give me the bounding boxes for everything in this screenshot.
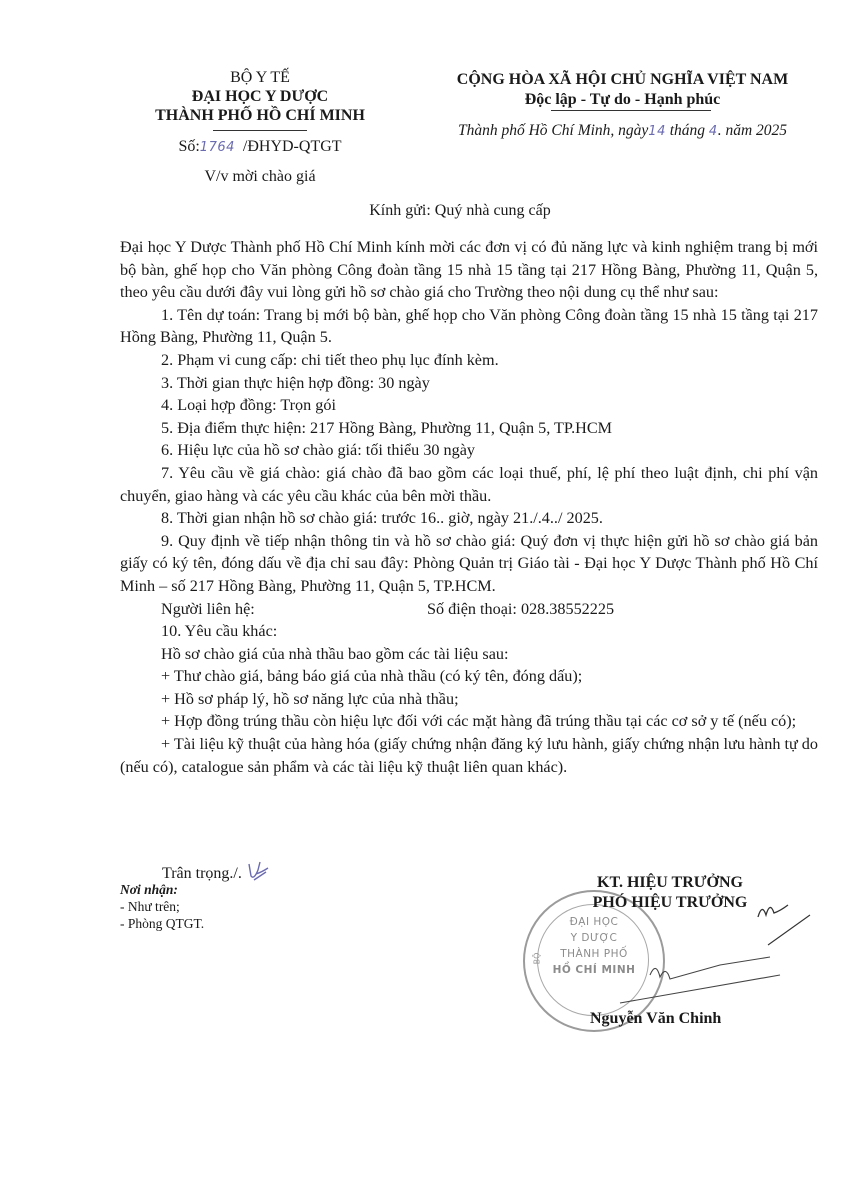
required-doc: + Thư chào giá, bảng báo giá của nhà thầ… [120,665,818,688]
item-1: 1. Tên dự toán: Trang bị mới bộ bàn, ghế… [120,304,818,349]
required-doc: + Tài liệu kỹ thuật của hàng hóa (giấy c… [120,733,818,778]
item-2: 2. Phạm vi cung cấp: chi tiết theo phụ l… [120,349,818,372]
university-name-line1: ĐẠI HỌC Y DƯỢC [100,87,420,106]
handwritten-number: 1764 [200,140,235,155]
nation-title: CỘNG HÒA XÃ HỘI CHỦ NGHĨA VIỆT NAM [420,70,825,90]
closing-text: Trân trọng./. [162,865,242,882]
header-left: BỘ Y TẾ ĐẠI HỌC Y DƯỢC THÀNH PHỐ HỒ CHÍ … [100,68,420,186]
item-4: 4. Loại hợp đồng: Trọn gói [120,394,818,417]
handwritten-month: 4 [709,124,718,139]
required-doc: + Hồ sơ pháp lý, hồ sơ năng lực của nhà … [120,688,818,711]
handwritten-day: 14 [648,124,666,139]
recipients: Nơi nhận: - Như trên; - Phòng QTGT. [120,881,204,932]
item-8: 8. Thời gian nhận hồ sơ chào giá: trước … [120,507,818,530]
item-7: 7. Yêu cầu về giá chào: giá chào đã bao … [120,462,818,507]
recipient-item: - Như trên; [120,898,204,915]
recipient-item: - Phòng QTGT. [120,915,204,932]
university-name-line2: THÀNH PHỐ HỒ CHÍ MINH [100,106,420,125]
date-year: . năm 2025 [718,122,787,139]
initials-mark-icon [246,860,272,884]
number-suffix: /ĐHYD-QTGT [243,138,342,155]
number-label: Số: [178,138,199,155]
ministry-name: BỘ Y TẾ [100,68,420,87]
signer-name: Nguyễn Văn Chinh [590,1010,721,1028]
document-number: Số:1764 /ĐHYD-QTGT [100,137,420,157]
recipients-label: Nơi nhận: [120,881,204,898]
item-9: 9. Quy định về tiếp nhận thông tin và hồ… [120,530,818,598]
salutation: Kính gửi: Quý nhà cung cấp [100,202,820,220]
header-divider [213,130,307,131]
date-month-label: tháng [666,122,709,139]
contact-person: Người liên hệ: [161,598,427,621]
motto-underline [551,110,711,111]
item-3: 3. Thời gian thực hiện hợp đồng: 30 ngày [120,372,818,395]
contact-row: Người liên hệ: Số điện thoại: 028.385522… [120,598,818,621]
contact-phone: Số điện thoại: 028.38552225 [427,598,614,621]
item-6: 6. Hiệu lực của hồ sơ chào giá: tối thiể… [120,439,818,462]
required-doc: + Hợp đồng trúng thầu còn hiệu lực đối v… [120,710,818,733]
motto: Độc lập - Tự do - Hạnh phúc [525,90,721,110]
item-10-lead: Hồ sơ chào giá của nhà thầu bao gồm các … [120,643,818,666]
item-5: 5. Địa điểm thực hiện: 217 Hồng Bàng, Ph… [120,417,818,440]
stamp-side-text: BỘ [532,953,541,965]
subject-line: V/v mời chào giá [100,167,420,186]
header-right: CỘNG HÒA XÃ HỘI CHỦ NGHĨA VIỆT NAM Độc l… [420,70,825,142]
intro-paragraph: Đại học Y Dược Thành phố Hồ Chí Minh kín… [120,236,818,304]
date-prefix: Thành phố Hồ Chí Minh, ngày [458,122,648,139]
issue-date: Thành phố Hồ Chí Minh, ngày14 tháng 4. n… [420,121,825,142]
letter-body: Đại học Y Dược Thành phố Hồ Chí Minh kín… [120,236,818,778]
item-10-title: 10. Yêu cầu khác: [120,620,818,643]
